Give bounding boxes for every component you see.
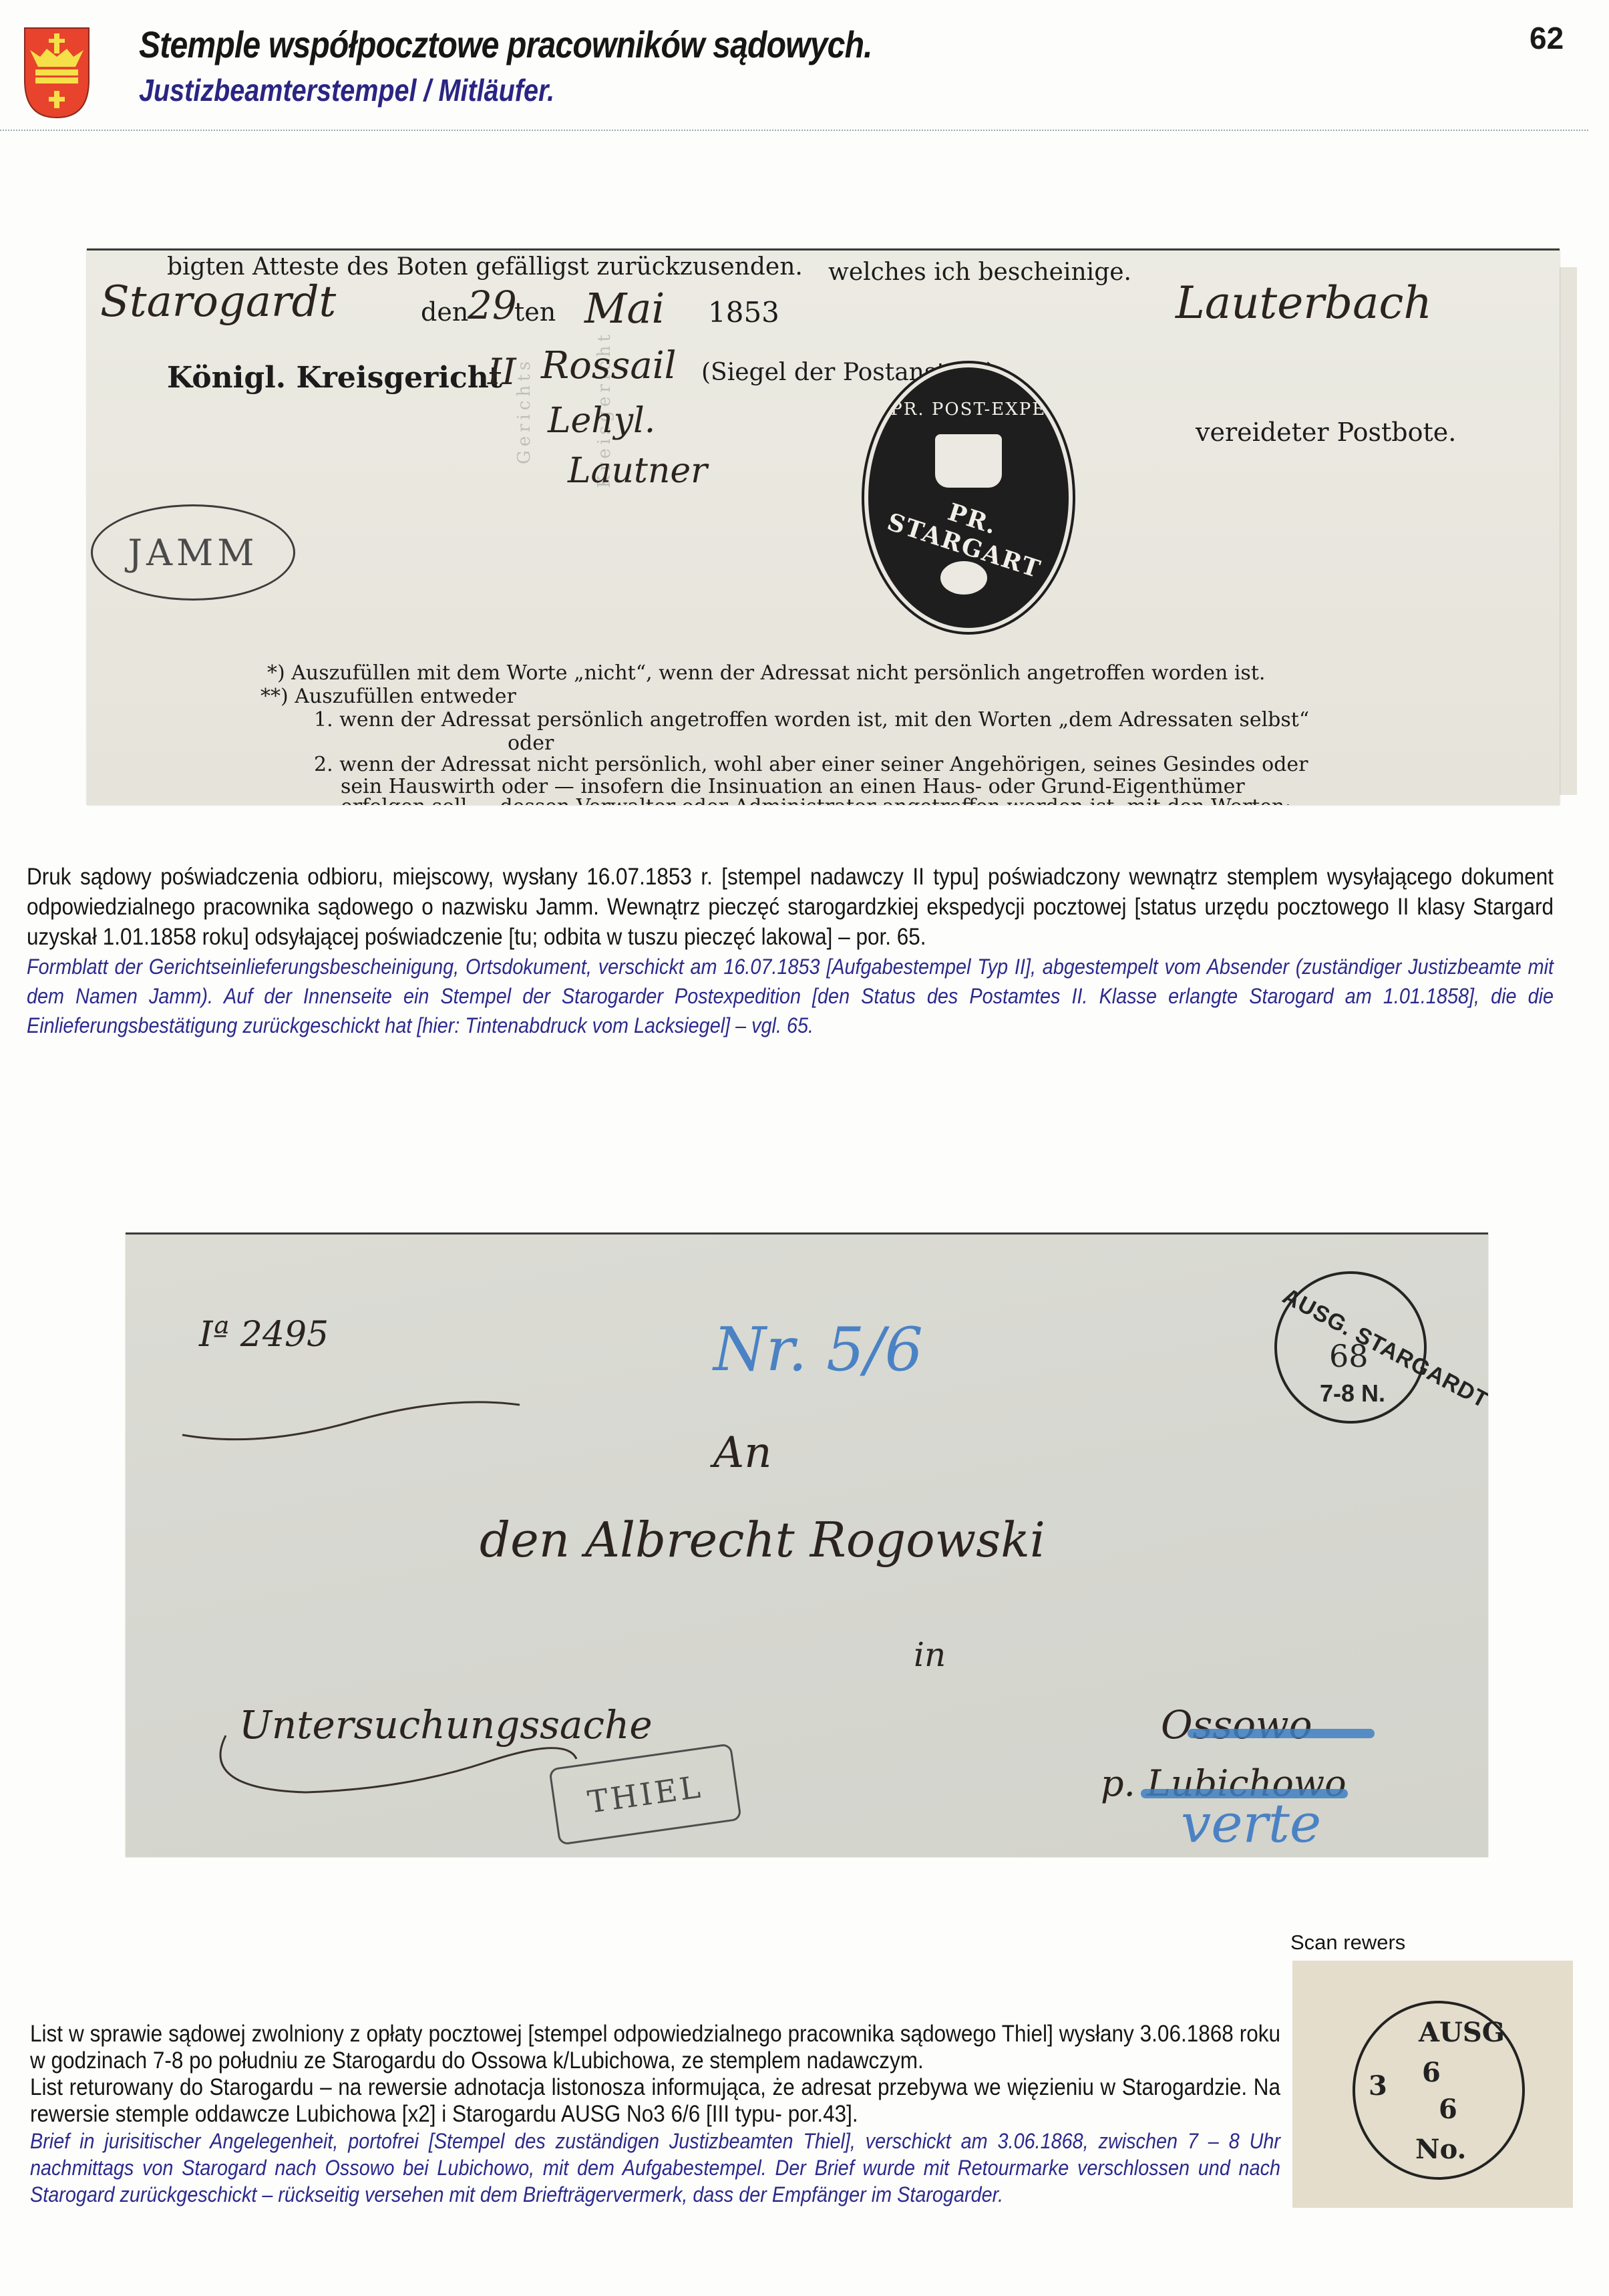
handwritten-note: Lehyl. xyxy=(548,401,655,441)
handwritten-reference: Iª 2495 xyxy=(199,1315,329,1355)
handwritten-place-struck: Ossowo xyxy=(1161,1702,1312,1748)
caption-document2: List w sprawie sądowej zwolniony z opłat… xyxy=(30,2021,1419,2208)
page-title: Stemple współpocztowe pracowników sądowy… xyxy=(139,23,872,66)
bleed-through-text: Gerichts xyxy=(514,357,534,464)
printed-line: welches ich bescheinige. xyxy=(828,259,1131,286)
post-expedition-seal: K.PR. POST-EXPED. PR. STARGART xyxy=(868,367,1069,628)
page-number: 62 xyxy=(1530,20,1564,56)
caption-german: Brief in jurisitischer Angelegenheit, po… xyxy=(30,2128,1280,2208)
footnote-line: *) Auszufüllen mit dem Worte „nicht“, we… xyxy=(267,661,1265,685)
flourish-underline xyxy=(206,1729,580,1802)
postmark-time: 7-8 N. xyxy=(1320,1379,1385,1408)
postman-signature: Lauterbach xyxy=(1176,277,1432,329)
handwritten-note: Lautner xyxy=(568,451,707,491)
footnote-line: **) Auszufüllen entweder xyxy=(260,685,516,708)
seal-top-text: K.PR. POST-EXPED. xyxy=(868,399,1069,420)
header-divider xyxy=(0,130,1588,131)
handwritten-month: Mai xyxy=(584,284,665,333)
footnote-line: 1. wenn der Adressat persönlich angetrof… xyxy=(314,708,1309,731)
caption-polish: List returowany do Starogardu – na rewer… xyxy=(30,2074,1280,2128)
footnote-line: 2. wenn der Adressat nicht persönlich, w… xyxy=(314,753,1308,776)
postmark-year: 68 xyxy=(1329,1338,1369,1374)
post-horn-icon xyxy=(940,561,987,595)
scan-reverse-label: Scan rewers xyxy=(1290,1931,1405,1955)
printed-den: den xyxy=(421,297,468,327)
handwritten-place: Starogardt xyxy=(100,277,336,327)
printed-ten: ten xyxy=(514,297,556,327)
footnote-line: erfolgen soll — dessen Verwalter oder Ad… xyxy=(341,795,1291,805)
printed-line: bigten Atteste des Boten gefälligst zurü… xyxy=(167,253,803,281)
flourish-underline xyxy=(179,1395,526,1448)
printed-year: 1853 xyxy=(708,296,779,329)
crown-icon xyxy=(935,434,1002,488)
starogard-postmark: AUSG. STARGARDT 68 7-8 N. xyxy=(1274,1271,1427,1424)
court-delivery-certificate-scan: Gerichts Kreisgericht bigten Atteste des… xyxy=(87,249,1560,805)
blue-strikethrough xyxy=(1188,1729,1375,1738)
blue-pencil-number: Nr. 5/6 xyxy=(713,1315,923,1385)
envelope-scan: Iª 2495 Nr. 5/6 AUSG. STARGARDT 68 7-8 N… xyxy=(126,1233,1488,1857)
caption-polish: Druk sądowy poświadczenia odbioru, miejs… xyxy=(27,862,1554,952)
caption-german: Formblatt der Gerichtseinlieferungsbesch… xyxy=(27,952,1554,1040)
handwritten-salutation: An xyxy=(713,1428,771,1478)
handwritten-day: 29 xyxy=(468,283,517,328)
printed-postman-label: vereideter Postbote. xyxy=(1196,418,1456,447)
footnote-line: oder xyxy=(508,731,554,755)
jamm-sender-stamp: JAMM xyxy=(91,504,295,601)
handwritten-court-section: II xyxy=(488,351,516,393)
caption-document1: Druk sądowy poświadczenia odbioru, miejs… xyxy=(27,862,1609,1040)
page-subtitle: Justizbeamterstempel / Mitläufer. xyxy=(139,72,554,108)
handwritten-note: Rossail xyxy=(541,344,677,387)
handwritten-in: in xyxy=(914,1635,946,1674)
coat-of-arms-shield-icon xyxy=(23,27,90,119)
blue-pencil-verte: verte xyxy=(1181,1792,1321,1854)
caption-polish: List w sprawie sądowej zwolniony z opłat… xyxy=(30,2021,1280,2074)
printed-court-name: Königl. Kreisgericht xyxy=(167,361,502,395)
handwritten-addressee: den Albrecht Rogowski xyxy=(480,1512,1045,1568)
